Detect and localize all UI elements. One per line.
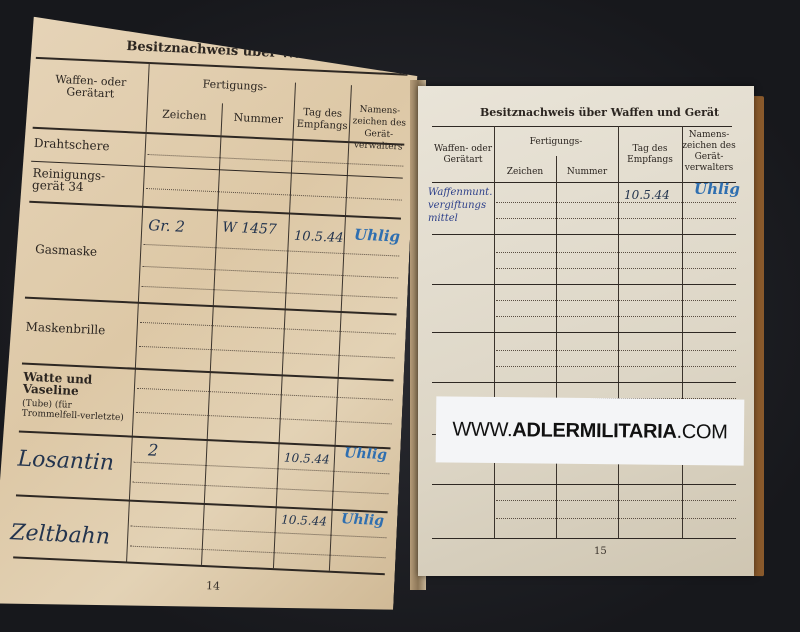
rule xyxy=(432,126,732,127)
rule xyxy=(432,284,736,285)
col-line xyxy=(126,62,150,562)
handwritten-date: 10.5.44 xyxy=(294,229,344,246)
watermark-prefix: WWW. xyxy=(452,418,512,442)
dotted-line xyxy=(496,350,736,351)
header-nummer: Nummer xyxy=(223,111,293,126)
col-line xyxy=(556,156,557,538)
header-zeichen: Zeichen xyxy=(149,108,219,123)
signature-icon: Uhlig xyxy=(344,445,388,463)
rule xyxy=(432,234,736,235)
dotted-line xyxy=(496,500,736,501)
dotted-line xyxy=(496,316,736,317)
item-label: Reinigungs-gerät 34 xyxy=(32,167,133,196)
handwritten-nummer: W 1457 xyxy=(222,220,277,238)
watermark-suffix: .COM xyxy=(676,420,727,444)
watermark-brand: ADLERMILITARIA xyxy=(512,419,677,444)
rule xyxy=(432,484,736,485)
handwritten-item: Losantin xyxy=(17,446,115,475)
dotted-line xyxy=(496,268,736,269)
dotted-line xyxy=(146,188,402,201)
dotted-line xyxy=(140,322,396,335)
left-page: Besitznachweis über Waffen und Gerät Waf… xyxy=(0,10,420,628)
header-tag: Tag des Empfangs xyxy=(618,144,682,166)
col-line xyxy=(329,85,352,571)
header-namens: Namens-zeichen des Gerät-verwalters xyxy=(350,103,408,153)
dotted-line xyxy=(496,300,736,301)
item-label: Drahtschere xyxy=(34,137,110,152)
dotted-line xyxy=(133,482,389,495)
dotted-line xyxy=(142,286,398,299)
header-nummer: Nummer xyxy=(556,166,618,178)
signature-icon: Uhlig xyxy=(341,511,385,529)
dotted-line xyxy=(130,546,386,559)
dotted-line xyxy=(496,518,736,519)
dotted-line xyxy=(496,202,736,203)
col-line xyxy=(273,83,296,569)
header-fertigungs: Fertigungs- xyxy=(165,77,305,95)
watermark-label: WWW.ADLERMILITARIA.COM xyxy=(436,396,745,465)
col-line xyxy=(201,103,223,565)
dotted-line xyxy=(496,218,736,219)
right-page: Besitznachweis über Waffen und Gerät Waf… xyxy=(418,86,754,576)
dotted-line xyxy=(137,388,393,401)
dotted-line xyxy=(496,366,736,367)
item-note: (Tube) (für Trommelfell-verletzte) xyxy=(21,399,128,424)
rule xyxy=(432,332,736,333)
dotted-line xyxy=(143,244,399,257)
handwritten-zeichen: 2 xyxy=(148,440,159,459)
handwritten-zeichen: Gr. 2 xyxy=(148,216,185,236)
handwritten-date: 10.5.44 xyxy=(284,451,330,467)
dotted-line xyxy=(136,412,392,425)
handwritten-item: Waffenmunt. vergiftungs mittel xyxy=(428,186,494,225)
header-waffen: Waffen- oder Gerätart xyxy=(432,144,494,166)
item-label: Gasmaske xyxy=(35,243,97,258)
header-namens: Namens-zeichen des Gerät-verwalters xyxy=(682,130,736,174)
rule xyxy=(432,538,736,539)
page-title: Besitznachweis über Waffen und Gerät xyxy=(480,106,719,119)
header-waffen: Waffen- oder Gerätart xyxy=(40,73,141,102)
dotted-line xyxy=(134,462,390,475)
dotted-line xyxy=(142,266,398,279)
signature-icon: Uhlig xyxy=(694,180,740,198)
signature-icon: Uhlig xyxy=(354,225,401,245)
dotted-line xyxy=(139,346,395,359)
header-zeichen: Zeichen xyxy=(494,166,556,178)
handwritten-date: 10.5.44 xyxy=(281,512,327,528)
handwritten-date: 10.5.44 xyxy=(624,188,670,202)
page-number: 15 xyxy=(594,546,607,557)
item-label: Maskenbrille xyxy=(25,321,105,337)
page-number: 14 xyxy=(206,579,221,593)
dotted-line xyxy=(496,252,736,253)
handwritten-item: Zeltbahn xyxy=(10,520,111,549)
header-fertigungs: Fertigungs- xyxy=(494,136,618,148)
dotted-line xyxy=(148,154,404,167)
header-tag: Tag des Empfangs xyxy=(295,107,350,133)
rule xyxy=(432,182,736,183)
item-label: Watte und Vaseline xyxy=(23,371,124,400)
rule xyxy=(432,382,736,383)
